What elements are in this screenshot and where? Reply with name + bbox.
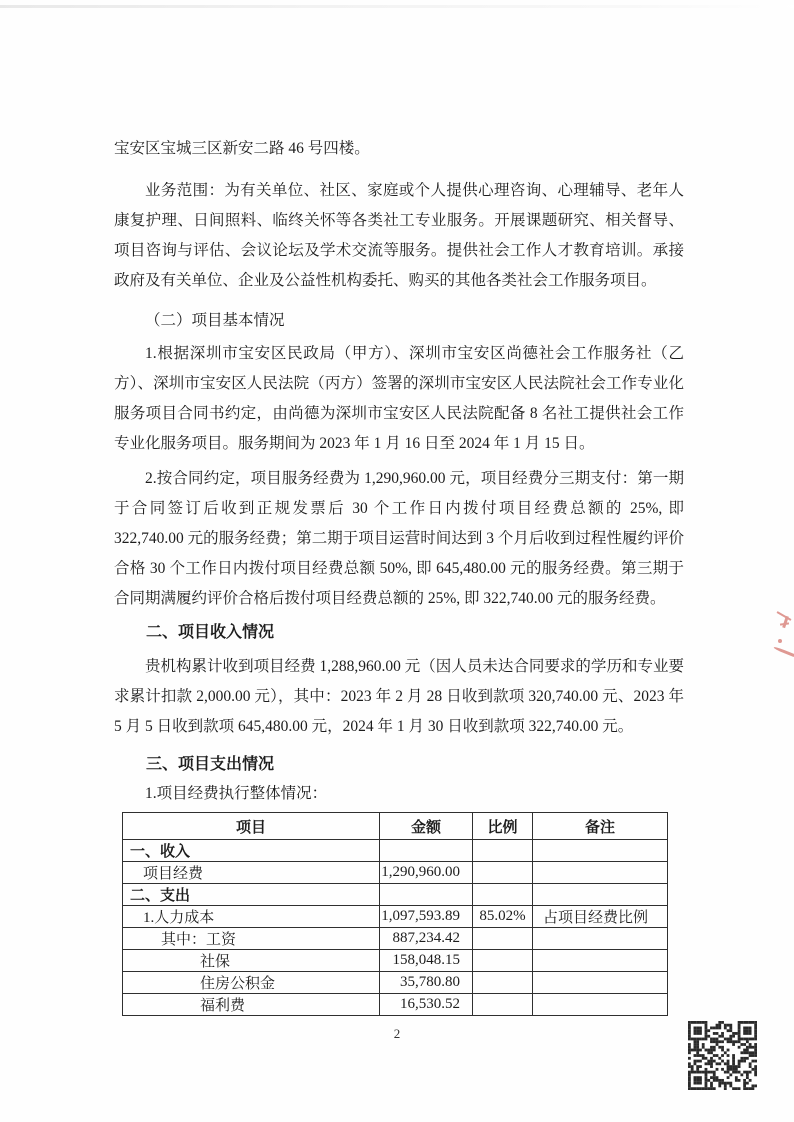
- cell-amount: 35,780.80: [380, 972, 473, 994]
- cell-item: 社保: [123, 950, 380, 972]
- paragraph-contract-details: 1.根据深圳市宝安区民政局（甲方）、深圳市宝安区尚德社会工作服务社（乙方）、深圳…: [114, 339, 684, 459]
- cell-note: [533, 884, 668, 906]
- scan-artifact-top-edge: [0, 5, 794, 8]
- subheading-budget-execution: 1.项目经费执行整体情况：: [114, 782, 684, 806]
- cell-item: 福利费: [123, 994, 380, 1016]
- heading-project-income: 二、项目收入情况: [114, 618, 684, 648]
- budget-table: 项目 金额 比例 备注 一、收入项目经费1,290,960.00二、支出1.人力…: [122, 812, 668, 1016]
- cell-item: 住房公积金: [123, 972, 380, 994]
- qr-code: [688, 1021, 757, 1090]
- cell-item: 其中：工资: [123, 928, 380, 950]
- paragraph-address-continuation: 宝安区宝城三区新安二路 46 号四楼。: [114, 134, 684, 164]
- cell-ratio: [473, 950, 533, 972]
- cell-amount: [380, 884, 473, 906]
- cell-amount: [380, 840, 473, 862]
- cell-ratio: 85.02%: [473, 906, 533, 928]
- cell-note: [533, 840, 668, 862]
- table-row: 社保158,048.15: [123, 950, 668, 972]
- cell-item: 一、收入: [123, 840, 380, 862]
- column-header-note: 备注: [533, 813, 668, 840]
- cell-amount: 1,097,593.89: [380, 906, 473, 928]
- cell-amount: 16,530.52: [380, 994, 473, 1016]
- table-row: 一、收入: [123, 840, 668, 862]
- cell-ratio: [473, 862, 533, 884]
- table-header-row: 项目 金额 比例 备注: [123, 813, 668, 840]
- cell-ratio: [473, 972, 533, 994]
- table-row: 住房公积金35,780.80: [123, 972, 668, 994]
- cell-amount: 158,048.15: [380, 950, 473, 972]
- document-page: 宝安区宝城三区新安二路 46 号四楼。 业务范围：为有关单位、社区、家庭或个人提…: [0, 0, 794, 1122]
- heading-project-basic-info: （二）项目基本情况: [114, 306, 684, 336]
- cell-item: 项目经费: [123, 862, 380, 884]
- table-row: 二、支出: [123, 884, 668, 906]
- cell-note: [533, 862, 668, 884]
- cell-amount: 1,290,960.00: [380, 862, 473, 884]
- column-header-item: 项目: [123, 813, 380, 840]
- cell-note: 占项目经费比例: [533, 906, 668, 928]
- cell-ratio: [473, 884, 533, 906]
- table-row: 福利费16,530.52: [123, 994, 668, 1016]
- paragraph-business-scope: 业务范围：为有关单位、社区、家庭或个人提供心理咨询、心理辅导、老年人康复护理、日…: [114, 176, 684, 296]
- paragraph-payment-terms: 2.按合同约定，项目服务经费为 1,290,960.00 元，项目经费分三期支付…: [114, 464, 684, 614]
- cell-note: [533, 994, 668, 1016]
- cell-item: 二、支出: [123, 884, 380, 906]
- paragraph-income-details: 贵机构累计收到项目经费 1,288,960.00 元（因人员未达合同要求的学历和…: [114, 652, 684, 742]
- column-header-ratio: 比例: [473, 813, 533, 840]
- red-stamp-fragment: [770, 606, 794, 662]
- heading-project-expense: 三、项目支出情况: [114, 750, 684, 780]
- cell-note: [533, 950, 668, 972]
- cell-ratio: [473, 840, 533, 862]
- table-row: 1.人力成本1,097,593.8985.02%占项目经费比例: [123, 906, 668, 928]
- table-row: 项目经费1,290,960.00: [123, 862, 668, 884]
- cell-note: [533, 928, 668, 950]
- page-number: 2: [0, 1026, 794, 1042]
- cell-note: [533, 972, 668, 994]
- cell-amount: 887,234.42: [380, 928, 473, 950]
- cell-ratio: [473, 994, 533, 1016]
- column-header-amount: 金额: [380, 813, 473, 840]
- table-row: 其中：工资887,234.42: [123, 928, 668, 950]
- cell-item: 1.人力成本: [123, 906, 380, 928]
- cell-ratio: [473, 928, 533, 950]
